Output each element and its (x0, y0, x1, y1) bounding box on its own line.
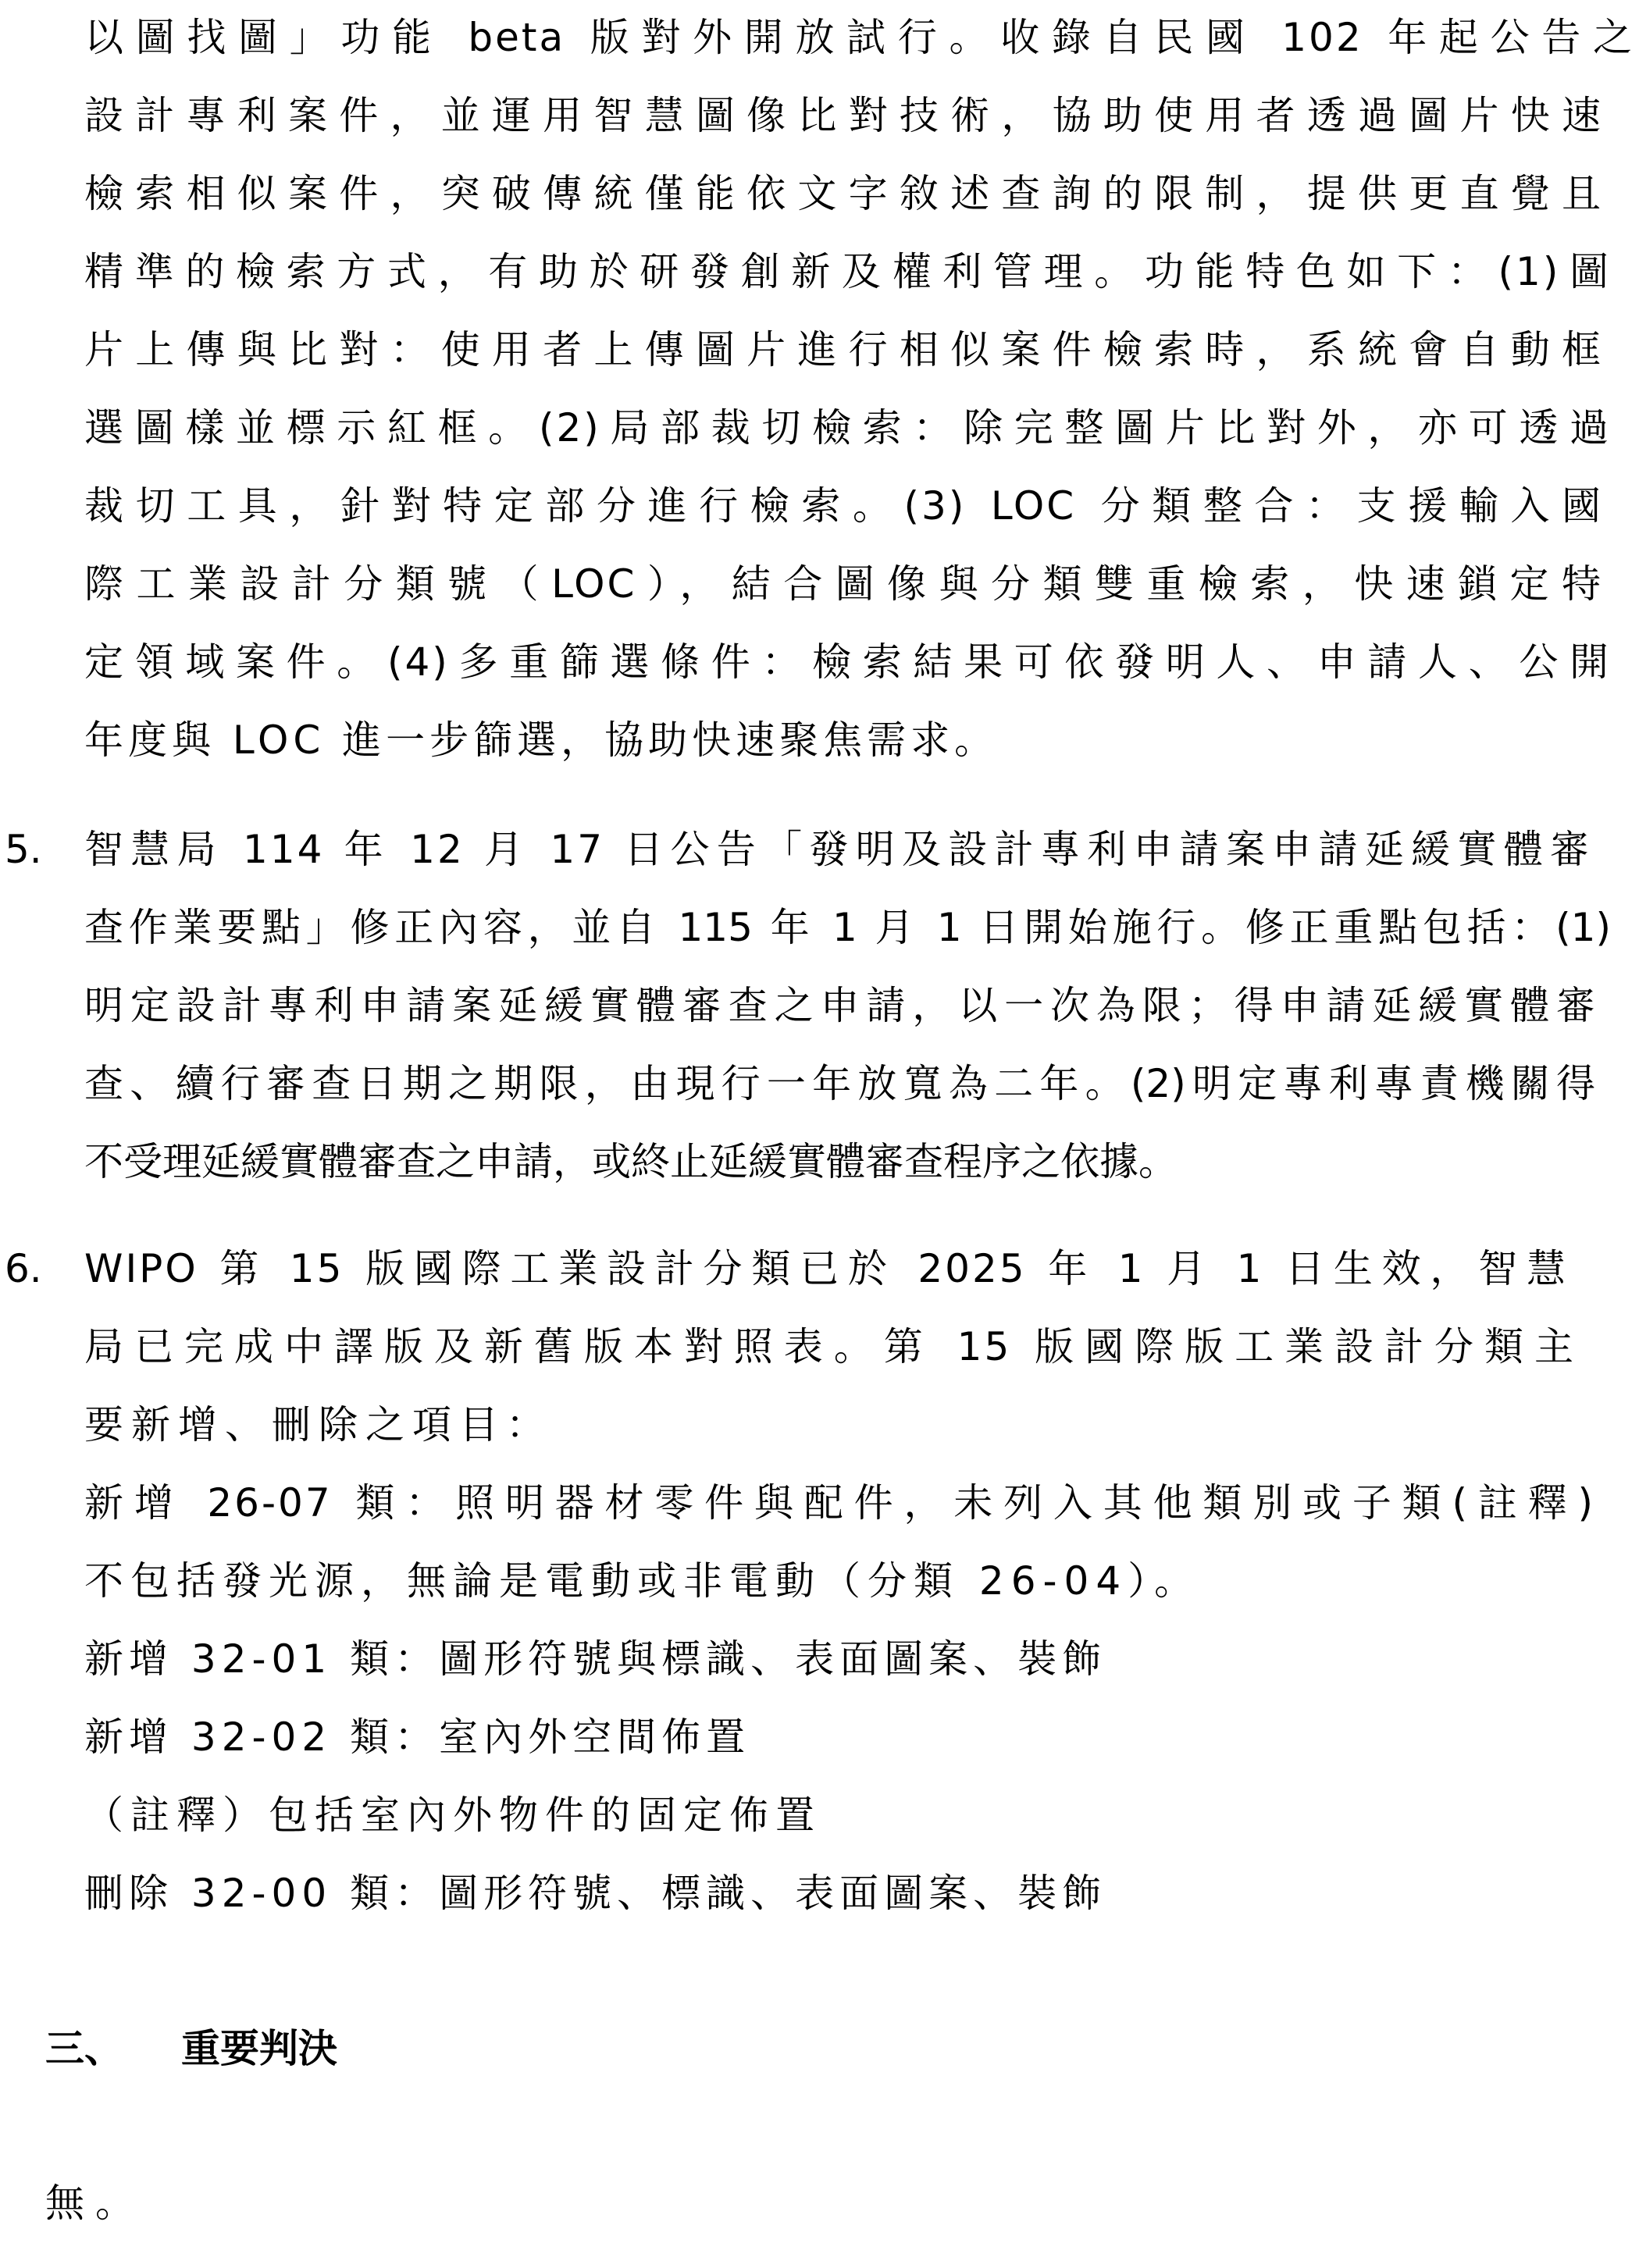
item-4-line: 以圖找圖」功能 beta 版對外開放試行。收錄自民國 102 年起公告之 (84, 14, 1634, 61)
item-6-line: 局已完成中譯版及新舊版本對照表。第 15 版國際版工業設計分類主 (84, 1323, 1576, 1370)
section-body: 無。 (45, 2180, 145, 2227)
item-4-line: 年度與 LOC 進一步篩選，協助快速聚焦需求。 (84, 717, 998, 764)
list-number: 6. (5, 1245, 42, 1292)
item-6-line: 新增 32-01 類：圖形符號與標識、表面圖案、裝飾 (84, 1636, 1106, 1682)
section-title: 重要判決 (181, 2026, 337, 2071)
item-5-line: 明定設計專利申請案延緩實體審查之申請，以一次為限；得申請延緩實體審 (84, 982, 1595, 1029)
item-6-line: 要新增、刪除之項目： (84, 1401, 553, 1448)
item-6-line: 新增 26-07 類：照明器材零件與配件，未列入其他類別或子類(註釋) (84, 1479, 1595, 1526)
item-4-line: 定領域案件。(4)多重篩選條件：檢索結果可依發明人、申請人、公開 (84, 639, 1611, 685)
list-number: 5. (5, 826, 42, 873)
document-page: 以圖找圖」功能 beta 版對外開放試行。收錄自民國 102 年起公告之 設計專… (0, 0, 1639, 2268)
item-4-line: 檢索相似案件，突破傳統僅能依文字敘述查詢的限制，提供更直覺且 (84, 170, 1603, 217)
item-4-line: 選圖樣並標示紅框。(2)局部裁切檢索：除完整圖片比對外，亦可透過 (84, 404, 1611, 451)
item-4-line: 片上傳與比對：使用者上傳圖片進行相似案件檢索時，系統會自動框 (84, 326, 1603, 373)
item-6-line: 不包括發光源，無論是電動或非電動（分類 26-04）。 (84, 1558, 1200, 1604)
item-6-line: （註釋）包括室內外物件的固定佈置 (84, 1792, 821, 1839)
item-5-line: 查、續行審查日期之期限，由現行一年放寬為二年。(2)明定專利專責機關得 (84, 1060, 1595, 1107)
item-4-line: 精準的檢索方式，有助於研發創新及權利管理。功能特色如下：(1)圖 (84, 248, 1611, 295)
item-5-line: 不受理延緩實體審查之申請，或終止延緩實體審查程序之依據。 (84, 1138, 1178, 1185)
section-number: 三、 (45, 2024, 181, 2074)
item-4-line: 裁切工具，針對特定部分進行檢索。(3) LOC 分類整合：支援輸入國 (84, 482, 1603, 529)
item-6-line: 新增 32-02 類：室內外空間佈置 (84, 1714, 750, 1761)
item-4-line: 設計專利案件，並運用智慧圖像比對技術，協助使用者透過圖片快速 (84, 92, 1603, 139)
item-6-line: WIPO 第 15 版國際工業設計分類已於 2025 年 1 月 1 日生效，智… (84, 1245, 1568, 1292)
item-6-line: 刪除 32-00 類：圖形符號、標識、表面圖案、裝飾 (84, 1870, 1106, 1917)
item-4-line: 際工業設計分類號（LOC），結合圖像與分類雙重檢索，快速鎖定特 (84, 561, 1603, 607)
section-heading: 三、重要判決 (45, 2024, 337, 2074)
item-5-line: 查作業要點」修正內容，並自 115 年 1 月 1 日開始施行。修正重點包括：(… (84, 904, 1611, 951)
item-5-line: 智慧局 114 年 12 月 17 日公告「發明及設計專利申請案申請延緩實體審 (84, 826, 1591, 873)
